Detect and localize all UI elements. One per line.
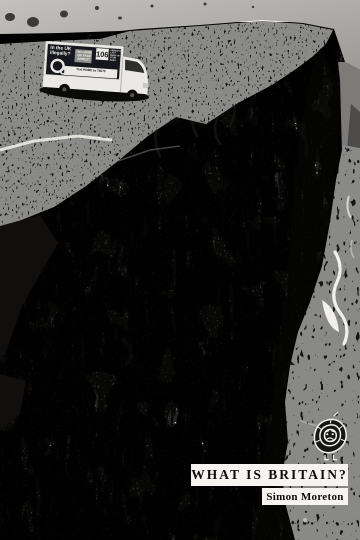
cover-author: Simon Moreton [266,491,343,503]
billboard-number-panel [96,48,109,60]
title-box: WHAT IS BRITAIN? [191,464,348,486]
cover-title: WHAT IS BRITAIN? [191,467,348,483]
cliff-photo [0,0,360,540]
author-box: Simon Moreton [262,488,348,505]
zine-cover: In the UK illegally? 106 ARRESTS LAST WE… [0,0,360,540]
billboard-main-panel [74,49,92,63]
